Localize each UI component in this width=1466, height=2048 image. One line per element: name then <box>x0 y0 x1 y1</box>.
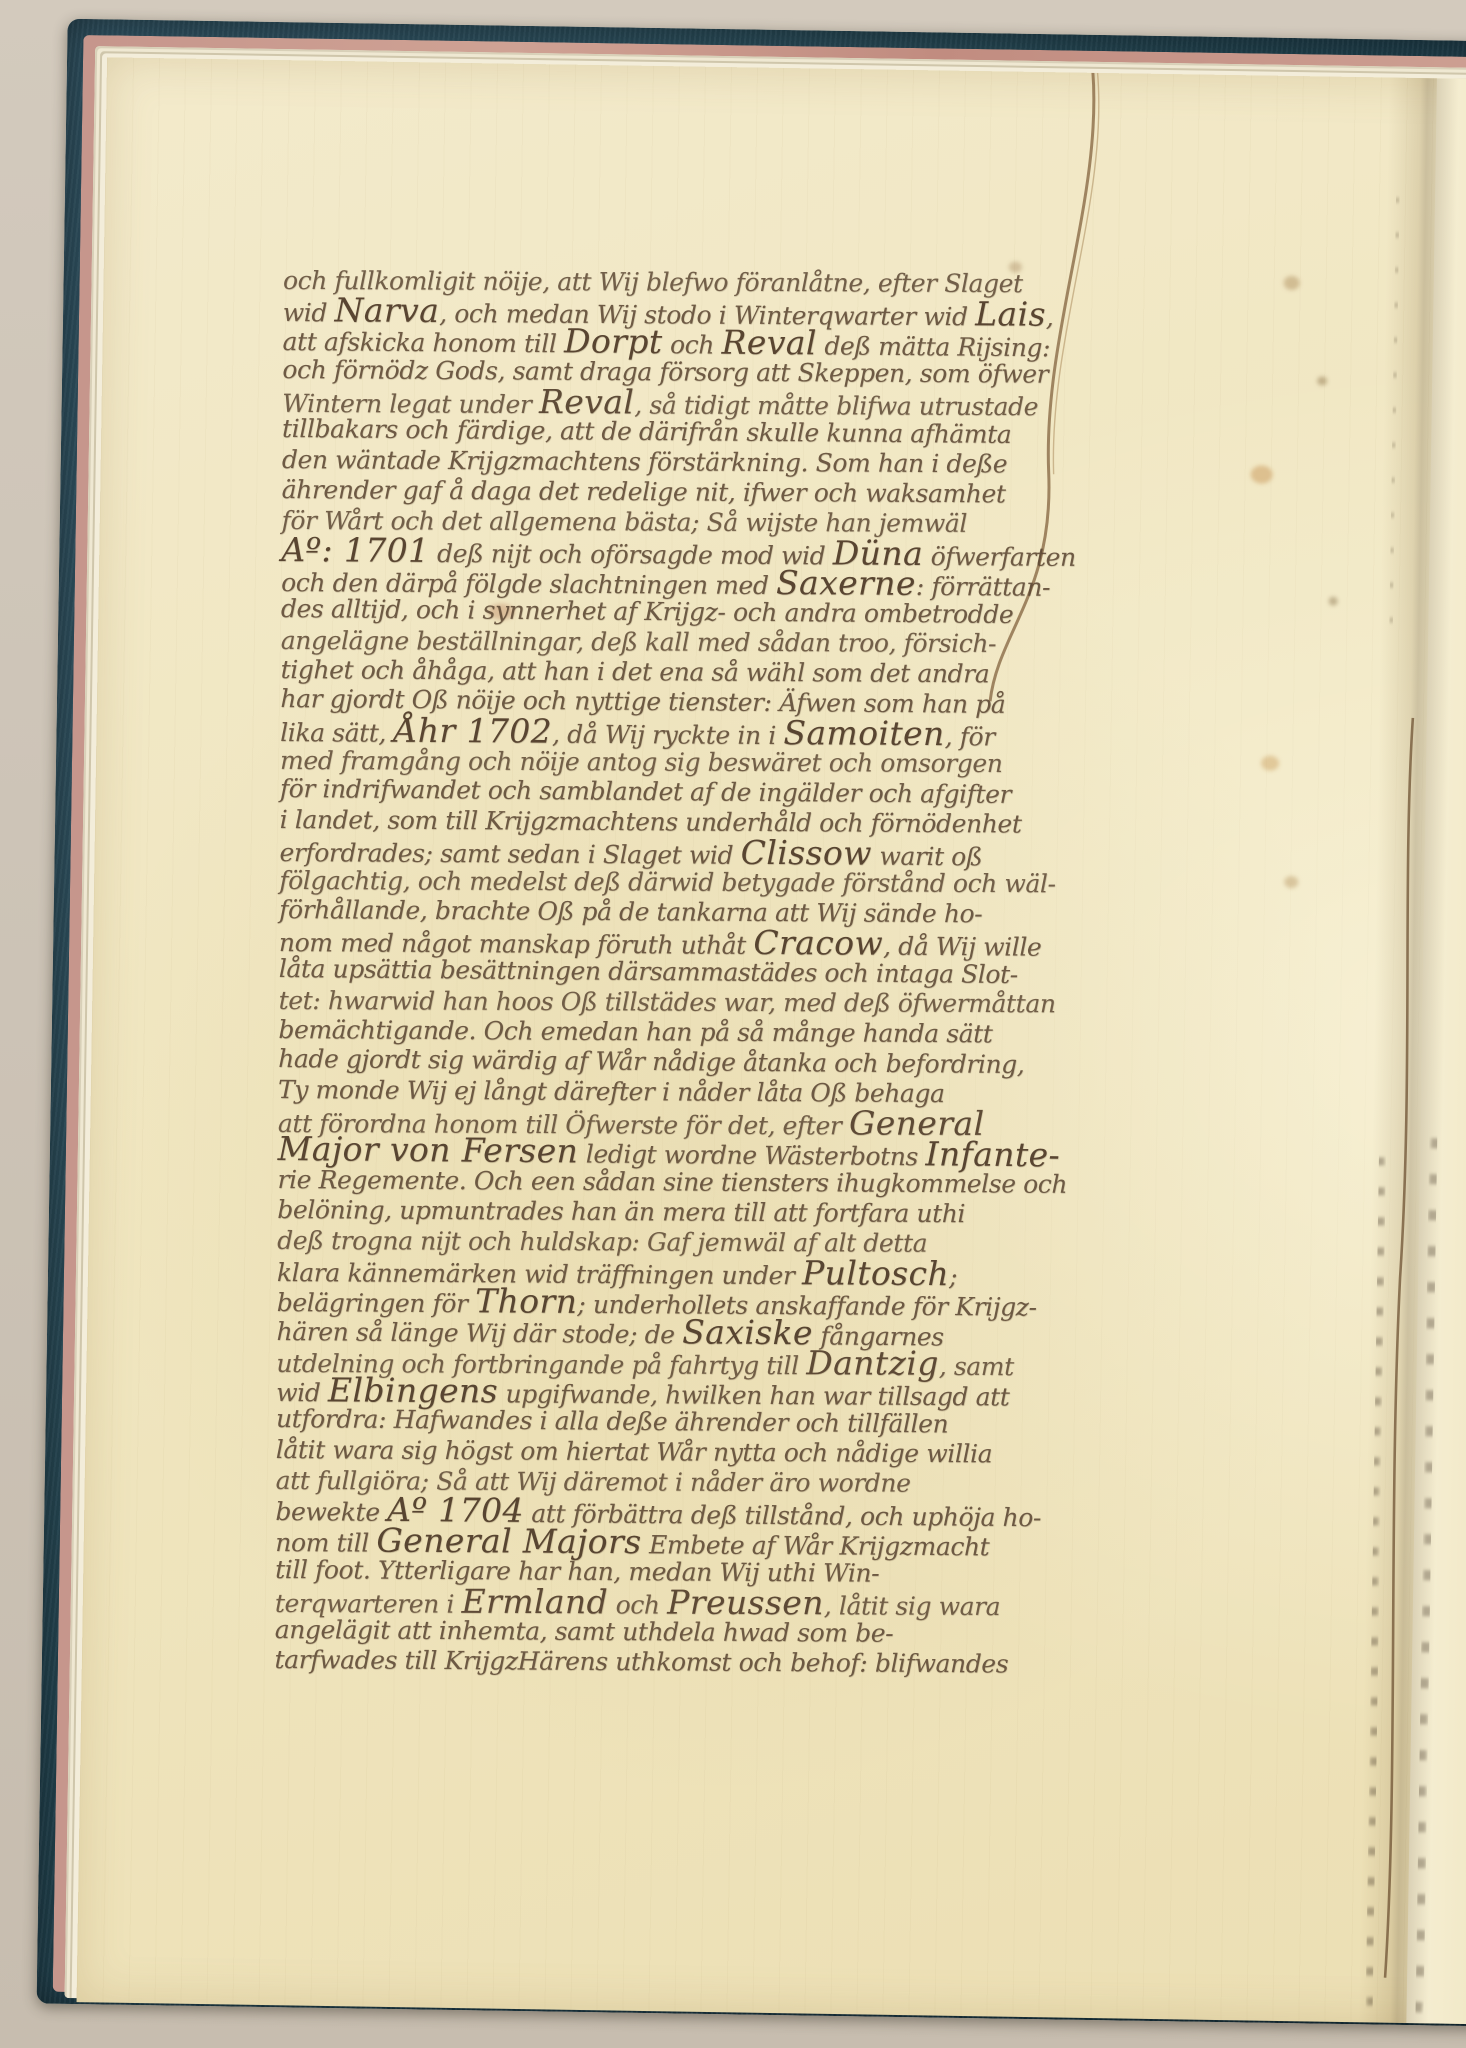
manuscript-text: tighet och åhåga, att han i det ena så w… <box>281 655 990 688</box>
manuscript-emphasized-word: Saxiske <box>682 1312 813 1352</box>
manuscript-emphasized-word: Aº: 1701 <box>281 530 429 570</box>
manuscript-page: och fullkomligit nöije, att Wij blefwo f… <box>77 57 1466 2024</box>
manuscript-text: för indrifwandet och samblandet af de in… <box>280 774 1012 809</box>
manuscript-text: , då Wij wille <box>883 932 1041 962</box>
manuscript-text: och <box>608 1590 667 1619</box>
manuscript-text: tarfwades till KrijgzHärens uthkomst och… <box>274 1645 1008 1678</box>
manuscript-text: bewekte <box>275 1497 387 1527</box>
manuscript-text: öfwerfarten <box>923 542 1076 572</box>
manuscript-emphasized-word: Pultosch <box>802 1253 949 1293</box>
manuscript-text: , <box>1046 303 1054 332</box>
manuscript-text: , låtit sig wara <box>824 1591 1000 1621</box>
manuscript-text: , då Wij ryckte in i <box>552 720 783 750</box>
manuscript-text: wid <box>283 298 335 327</box>
manuscript-text: lika sätt, <box>280 718 393 748</box>
manuscript-text: wid <box>276 1378 328 1407</box>
manuscript-text: den wäntade Krijgzmachtens förstärkning.… <box>282 445 1007 478</box>
foxing-spot <box>1317 376 1327 385</box>
manuscript-text: tet: hwarwid han hoos Oß tillstädes war,… <box>279 986 1056 1018</box>
manuscript-emphasized-word: Lais <box>975 294 1046 333</box>
manuscript-text: och förnödz Gods, samt draga försorg att… <box>282 355 1048 389</box>
manuscript-text: i landet, som till Krijgzmachtens underh… <box>280 805 1022 839</box>
manuscript-emphasized-word: Clissow <box>741 833 872 873</box>
manuscript-emphasized-word: Major von Fersen <box>278 1129 579 1170</box>
manuscript-text: tillbakars och färdige, att de därifrån … <box>282 414 1011 449</box>
manuscript-text: ; <box>949 1262 957 1291</box>
scanner-background: och fullkomligit nöije, att Wij blefwo f… <box>0 0 1466 2048</box>
manuscript-emphasized-word: Dantzig <box>806 1343 939 1383</box>
manuscript-text: rie Regemente. Och een sådan sine tienst… <box>277 1165 1067 1199</box>
manuscript-text: bemächtigande. Och emedan han på så mång… <box>278 1015 992 1048</box>
manuscript-line: klara kännemärken wid träffningen under … <box>277 1255 1287 1291</box>
manuscript-text: att fullgiöra; Så att Wij däremot i nåde… <box>276 1466 911 1498</box>
manuscript-text: deß nijt och oförsagde mod wid <box>429 539 833 570</box>
book: och fullkomligit nöije, att Wij blefwo f… <box>36 19 1466 2027</box>
manuscript-text: erfordrades; samt sedan i Slaget wid <box>279 838 740 870</box>
manuscript-text: angelägne beställningar, deß kall med så… <box>281 626 996 658</box>
manuscript-emphasized-word: Cracow <box>753 923 883 963</box>
manuscript-text: des alltijd, och i synnerhet af Krijgz- … <box>281 594 1014 629</box>
manuscript-text: belöning, upmuntrades han än mera till a… <box>277 1195 965 1228</box>
manuscript-text: hären så länge Wij där stode; de <box>276 1317 682 1349</box>
manuscript-line: för Wårt och det allgemena bästa; Så wij… <box>281 506 1291 540</box>
foxing-spot <box>1329 597 1338 606</box>
manuscript-emphasized-word: Samoiten <box>783 713 944 753</box>
manuscript-text: med framgång och nöije antog sig beswäre… <box>280 746 1003 778</box>
text-block: och fullkomligit nöije, att Wij blefwo f… <box>274 265 1293 1681</box>
manuscript-emphasized-word: Reval <box>721 323 817 363</box>
manuscript-emphasized-word: Saxerne <box>776 563 916 603</box>
manuscript-text: utfordra: Hafwandes i alla deße ährender… <box>276 1404 948 1439</box>
manuscript-line: deß trogna nijt och huldskap: Gaf jemwäl… <box>277 1226 1287 1260</box>
manuscript-text: nom till <box>275 1528 376 1558</box>
manuscript-text: ährender gaf å daga det redelige nit, if… <box>282 475 1006 508</box>
manuscript-text: hade gjordt sig wärdig af Wår nådige åta… <box>278 1044 1024 1079</box>
manuscript-text: : förrättan- <box>916 572 1050 602</box>
manuscript-text: , samt <box>939 1352 1014 1381</box>
manuscript-text: angelägit att inhemta, samt uthdela hwad… <box>275 1615 894 1648</box>
manuscript-emphasized-word: Dorpt <box>564 321 663 361</box>
manuscript-text: warit oß <box>872 842 983 872</box>
manuscript-text: och <box>662 330 721 359</box>
manuscript-text: låta upsättia besättningen därsammastäde… <box>279 954 1018 989</box>
manuscript-line: tarfwades till KrijgzHärens uthkomst och… <box>274 1645 1284 1681</box>
manuscript-text: låtit wara sig högst om hiertat Wår nytt… <box>276 1435 992 1468</box>
manuscript-text: fölgachtig, och medelst deß därwid betyg… <box>279 866 1055 898</box>
manuscript-text: att afskicka honom till <box>283 327 565 358</box>
manuscript-emphasized-word: Åhr 1702 <box>393 711 552 751</box>
manuscript-text: Ty monde Wij ej långt därefter i nåder l… <box>278 1075 945 1108</box>
manuscript-emphasized-word: Preussen <box>667 1583 824 1623</box>
manuscript-text: , för <box>945 722 995 751</box>
